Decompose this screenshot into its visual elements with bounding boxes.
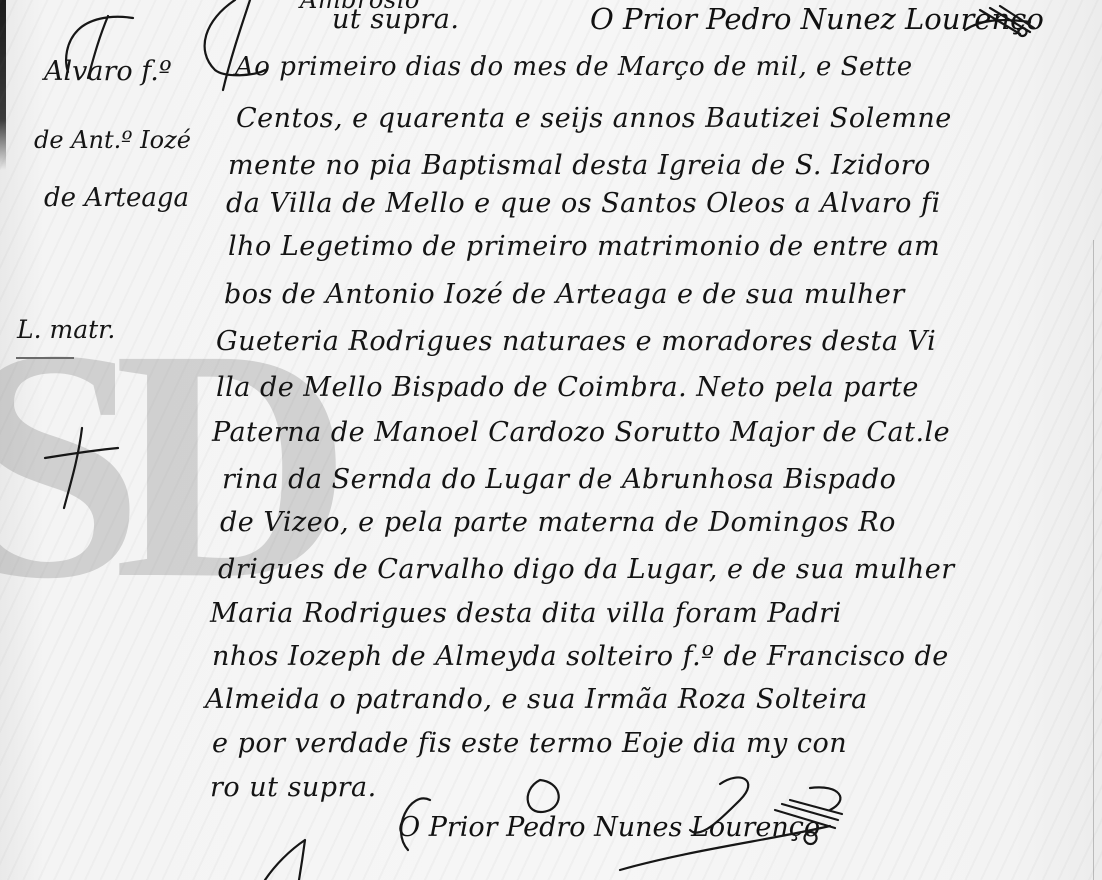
margin-father-name: de Ant.º Iozé (34, 126, 191, 154)
death-cross-icon (40, 410, 130, 510)
signature-rubric-icon (390, 770, 870, 880)
margin-surname: de Arteaga (44, 183, 189, 213)
margin-note-matrimony: L. matr. (17, 315, 115, 344)
body-line-16: e por verdade fis este termo Eoje dia my… (212, 728, 847, 759)
body-line-10: rina da Sernda do Lugar de Abrunhosa Bis… (222, 464, 896, 495)
body-line-13: Maria Rodrigues desta dita villa foram P… (210, 598, 842, 629)
body-line-1: Ao primeiro dias do mes de Março de mil,… (235, 52, 913, 82)
body-line-2: Centos, e quarenta e seijs annos Bautize… (236, 103, 952, 134)
margin-capital-flourish-icon (48, 10, 138, 80)
previous-entry-ut-supra: ut supra. (332, 4, 459, 35)
body-line-12: drigues de Carvalho digo da Lugar, e de … (218, 554, 955, 585)
body-line-7: Gueteria Rodrigues naturaes e moradores … (216, 326, 936, 357)
body-line-3: mente no pia Baptismal desta Igreia de S… (228, 150, 931, 181)
margin-note-underline (16, 357, 74, 359)
signature-flourish-icon (960, 0, 1040, 50)
body-line-5: lho Legetimo de primeiro matrimonio de e… (228, 231, 940, 262)
page-binding-shadow (0, 0, 6, 170)
body-line-8: lla de Mello Bispado de Coimbra. Neto pe… (216, 372, 919, 403)
body-line-9: Paterna de Manoel Cardozo Sorutto Major … (212, 417, 950, 448)
page-edge-rule (1093, 240, 1094, 880)
body-line-11: de Vizeo, e pela parte materna de Doming… (220, 507, 896, 538)
body-line-14: nhos Iozeph de Almeyda solteiro f.º de F… (212, 641, 949, 672)
body-line-6: bos de Antonio Iozé de Arteaga e de sua … (224, 279, 905, 310)
body-line-15: Almeida o patrando, e sua Irmãa Roza Sol… (205, 684, 868, 715)
body-line-17: ro ut supra. (210, 772, 377, 803)
next-entry-initial-icon (255, 840, 325, 880)
register-page: SD Ambrosio ut supra. O Prior Pedro Nune… (0, 0, 1102, 880)
body-line-4: da Villa de Mello e que os Santos Oleos … (226, 188, 941, 219)
